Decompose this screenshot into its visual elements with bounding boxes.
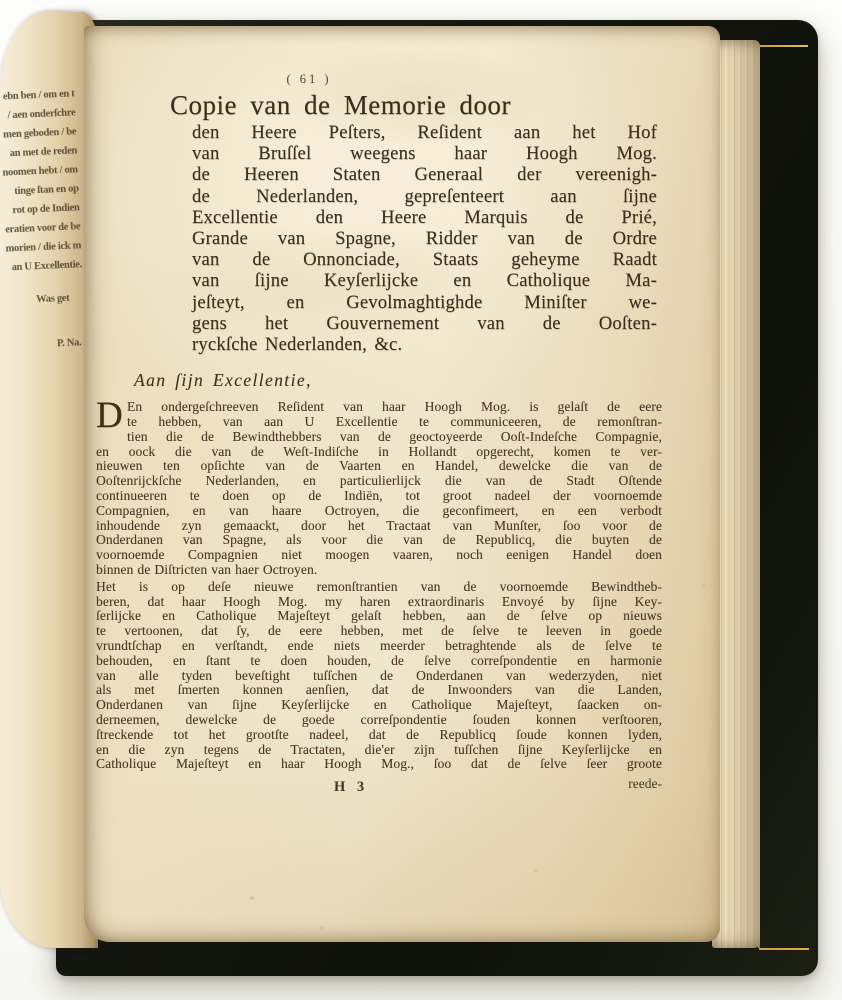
title-line: jeſteyt, en Gevolmaghtighde Miniſter we- [192,292,657,313]
gold-fillet-top [759,45,808,47]
text-line: behouden, en ſtant te doen houden, de ſe… [96,654,662,669]
text-line: En ondergeſchreeven Reſident van haar Ho… [96,400,662,415]
body-paragraph-2: Het is op deſe nieuwe remonſtrantien van… [96,580,662,772]
catchword: reede- [628,776,662,792]
text-line: te vertoonen, dat ſy, de eere hebben, me… [96,624,662,639]
page-text: ( 61 ) Copie van de Memorie door den Hee… [84,26,720,942]
title-line: Excellentie den Heere Marquis de Prié, [192,207,657,228]
text-line: derneemen, dewelcke de goede correſponde… [96,713,662,728]
title-line: van Bruſſel weegens haar Hoogh Mog. [192,143,657,164]
page-footer: H 3 reede- [96,779,662,797]
text-line: Onderdanen van Spagne, als voor die van … [96,533,662,548]
text-line: voornoemde Compagnien niet moogen vaaren… [96,548,662,563]
page-number: ( 61 ) [234,72,384,87]
text-line: te hebben, van aan U Excellentie te comm… [96,415,662,430]
text-line: als met ſmerten konnen aenſien, dat de I… [96,683,662,698]
text-line: continueeren te doen op de Indiën, tot g… [96,489,662,504]
gold-fillet-bottom [759,948,809,950]
title-line: de Heeren Staten Generaal der vereenigh- [192,164,657,185]
text-line: binnen de Diſtricten van haer Octroyen. [96,563,662,578]
drop-cap: D [96,401,123,430]
title-line: van de Onnonciade, Staats geheyme Raadt [192,249,657,270]
title-line-main: Copie van de Memorie door [170,89,657,122]
text-line: vrundtſchap en verſtandt, ende niets mee… [96,639,662,654]
book-photograph: ebn ben / om en t / aen onderſchre men g… [0,0,842,1000]
previous-page-marginal-text: ebn ben / om en t / aen onderſchre men g… [0,84,86,355]
marginal-closing: Was get [3,289,70,311]
salutation: Aan ſijn Excellentie, [134,370,662,391]
text-line: Ooſtenrijckſche Nederlanden, en particul… [96,474,662,489]
title-line: ryckſche Nederlanden, &c. [192,334,657,355]
text-line: nieuwen ten opſichte van de Vaarten en H… [96,459,662,474]
marginal-fragment: an U Excellentie. [2,255,83,277]
body-paragraph-1: D En ondergeſchreeven Reſident van haar … [96,400,662,578]
text-line: ſerlijcke en Catholique Majeſteyt gelaſt… [96,609,662,624]
text-line: Catholique Majeſteyt en haar Hoogh Mog.,… [96,757,662,772]
signature-mark: H 3 [334,779,368,796]
title-line: de Nederlanden, gepreſenteert aan ſijne [192,186,657,207]
title-line: gens het Gouvernement van de Ooſten- [192,313,657,334]
text-line: Het is op deſe nieuwe remonſtrantien van… [96,580,662,595]
title-line: den Heere Peſters, Reſident aan het Hof [192,122,657,143]
text-line: inhoudende zyn gemaackt, door het Tracta… [96,519,662,534]
text-line: Onderdanen van ſijne Keyſerlijcke en Cat… [96,698,662,713]
text-line: Compagnien, en van haare Octroyen, die g… [96,504,662,519]
text-line: tien die de Bewindthebbers van de geocto… [96,430,662,445]
marginal-signature: P. Na. [5,333,82,355]
text-line: beren, dat haar Hoogh Mog. my haren extr… [96,595,662,610]
text-line: en die zyn tegens de Tractaten, die'er z… [96,743,662,758]
text-line: en oock die van de Weſt-Indiſche in Holl… [96,445,662,460]
memorial-title: Copie van de Memorie door den Heere Peſt… [192,89,657,355]
title-line: van ſijne Keyſerlijcke en Catholique Ma- [192,270,657,291]
title-line: Grande van Spagne, Ridder van de Ordre [192,228,657,249]
text-line: ſtreckende tot het grootſte nadeel, dat … [96,728,662,743]
text-line: van alle tyden beveſtight tuſſchen de On… [96,669,662,684]
